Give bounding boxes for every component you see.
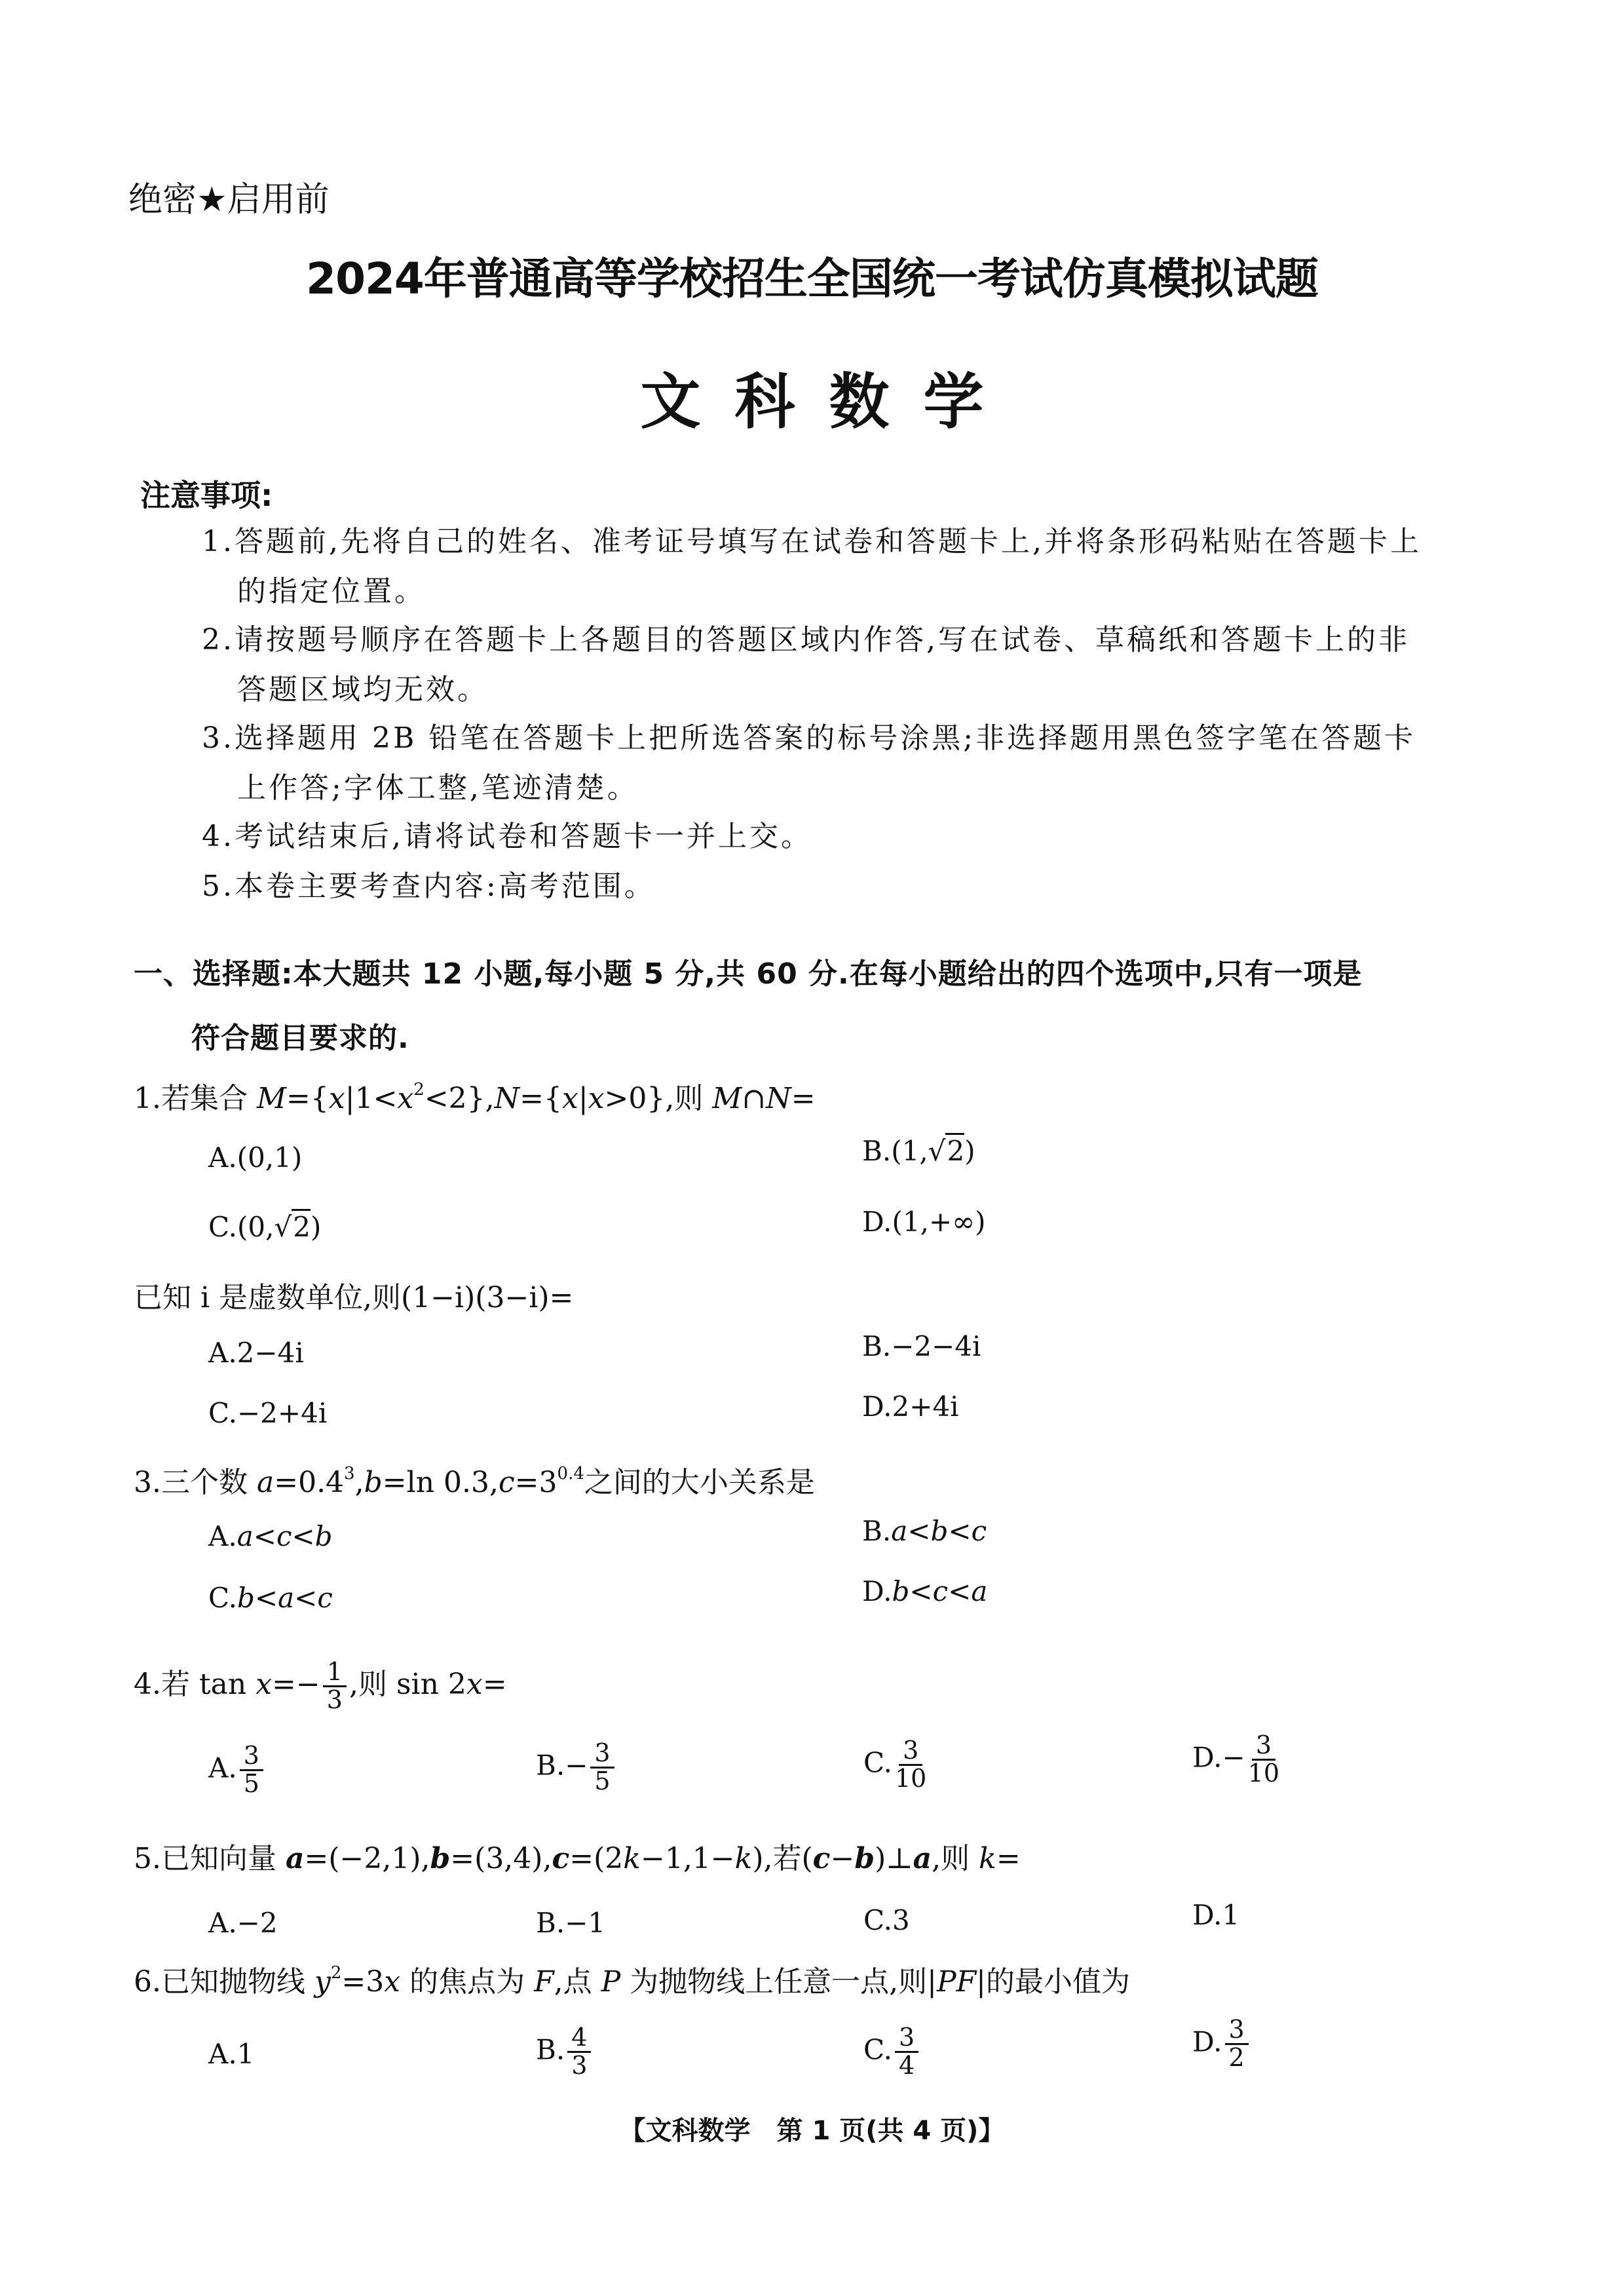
question-1-option-b: B.(1,√2) [862,1135,975,1167]
question-1-option-d: D.(1,+∞) [862,1206,986,1238]
question-4-option-c: C.310 [863,1738,929,1792]
section-heading: 一、选择题:本大题共 12 小题,每小题 5 分,共 60 分.在每小题给出的四… [134,950,1362,992]
notice-item-1-cont: 的指定位置。 [237,567,426,609]
exam-title: 2024年普通高等学校招生全国统一考试仿真模拟试题 [0,244,1624,306]
question-3-option-d: D.b<c<a [862,1575,987,1607]
question-5-option-d: D.1 [1192,1899,1239,1931]
question-5-option-b: B.−1 [536,1907,605,1939]
notice-heading: 注意事项: [140,472,273,515]
notice-item-2: 2.请按题号顺序在答题卡上各题目的答题区域内作答,写在试卷、草稿纸和答题卡上的非 [202,616,1410,658]
question-2-option-a: A.2−4i [208,1337,304,1369]
notice-item-3-cont: 上作答;字体工整,笔迹清楚。 [237,764,639,806]
question-2-option-d: D.2+4i [862,1390,959,1423]
question-4-option-a: A.35 [208,1743,266,1797]
question-1-stem: 1.若集合 M={x|1<x2<2},N={x|x>0},则 M∩N= [134,1075,816,1117]
question-6-option-b: B.43 [536,2025,594,2079]
question-4-option-d: D.−310 [1192,1732,1282,1787]
question-2-option-b: B.−2−4i [862,1330,981,1362]
question-3-option-c: C.b<a<c [208,1582,333,1614]
question-6-stem: 6.已知抛物线 y2=3x 的焦点为 F,点 P 为抛物线上任意一点,则|PF|… [134,1958,1130,2000]
question-5-stem: 5.已知向量 a=(−2,1),b=(3,4),c=(2k−1,1−k),若(c… [134,1835,1021,1877]
question-3-option-b: B.a<b<c [862,1515,987,1547]
question-6-option-d: D.32 [1192,2017,1251,2071]
notice-item-3: 3.选择题用 2B 铅笔在答题卡上把所选答案的标号涂黑;非选择题用黑色签字笔在答… [202,714,1416,756]
subject-title: 文科数学 [0,354,1624,440]
question-4-stem: 4.若 tan x=−13,则 sin 2x= [134,1659,507,1713]
question-3-stem: 3.三个数 a=0.43,b=ln 0.3,c=30.4之间的大小关系是 [134,1459,815,1501]
question-1-option-a: A.(0,1) [208,1141,302,1174]
question-2-option-c: C.−2+4i [208,1397,327,1429]
question-6-option-c: C.34 [863,2025,921,2079]
notice-item-1: 1.答题前,先将自己的姓名、准考证号填写在试卷和答题卡上,并将条形码粘贴在答题卡… [202,518,1422,560]
notice-item-2-cont: 答题区域均无效。 [237,666,489,708]
question-6-option-a: A.1 [208,2038,254,2070]
question-4-option-b: B.−35 [536,1740,617,1795]
question-5-option-a: A.−2 [208,1907,278,1939]
confidential-label: 绝密★启用前 [128,172,330,221]
question-2-stem: 已知 i 是虚数单位,则(1−i)(3−i)= [134,1274,573,1316]
page-footer: 【文科数学 第 1 页(共 4 页)】 [0,2110,1624,2147]
question-3-option-a: A.a<c<b [208,1520,333,1552]
section-heading-cont: 符合题目要求的. [191,1014,409,1056]
notice-item-4: 4.考试结束后,请将试卷和答题卡一并上交。 [202,813,812,854]
question-1-option-c: C.(0,√2) [208,1211,321,1243]
notice-item-5: 5.本卷主要考查内容:高考范围。 [202,862,656,904]
question-5-option-c: C.3 [863,1904,910,1936]
